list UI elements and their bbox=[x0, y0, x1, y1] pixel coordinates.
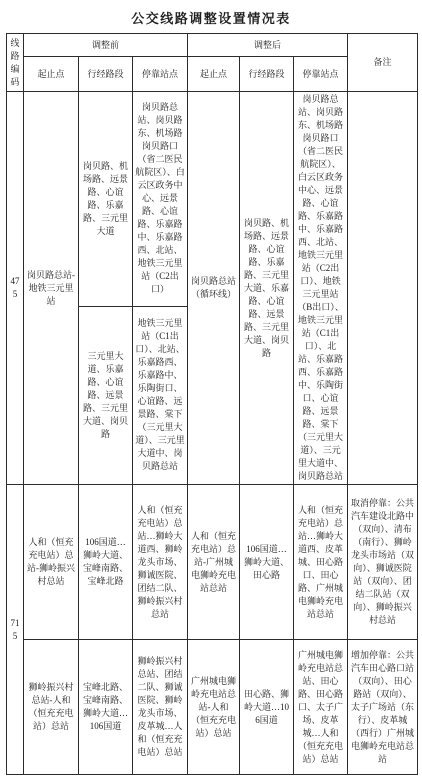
cell-715-before-trip2-route: 宝峰北路、宝峰南路、狮岭大道…106国道 bbox=[79, 640, 133, 775]
cell-715-after-trip1-route: 106国道…狮岭大道、田心路 bbox=[240, 485, 294, 640]
page-title: 公交线路调整设置情况表 bbox=[0, 0, 422, 33]
row-715-trip2: 狮岭振兴村总站-人和（恒充充电站）总站 宝峰北路、宝峰南路、狮岭大道…106国道… bbox=[7, 640, 418, 775]
header-after-stops: 停靠站点 bbox=[294, 57, 348, 92]
cell-475-after-route: 岗贝路、机场路、远景路、心谊路、乐嘉路、三元里大道、乐嘉路、心谊路、远景路、三元… bbox=[240, 92, 294, 485]
cell-475-before-trip1-route: 岗贝路、机场路、远景路、心谊路、乐嘉路、三元里大道 bbox=[79, 92, 133, 307]
row-715-trip1: 715 人和（恒充充电站）总站-狮岭振兴村总站 106国道…狮岭大道、宝峰南路、… bbox=[7, 485, 418, 640]
cell-715-before-trip2-start-end: 狮岭振兴村总站-人和（恒充充电站）总站 bbox=[24, 640, 79, 775]
cell-715-before-trip1-start-end: 人和（恒充充电站）总站-狮岭振兴村总站 bbox=[24, 485, 79, 640]
bus-route-adjustment-table: 线路编码 调整前 调整后 备注 起止点 行经路段 停靠站点 起止点 行经路段 停… bbox=[6, 33, 418, 775]
cell-475-before-start-end: 岗贝路总站-地铁三元里站 bbox=[24, 92, 79, 485]
header-after-start-end: 起止点 bbox=[188, 57, 240, 92]
cell-475-remark bbox=[348, 92, 418, 485]
header-before-stops: 停靠站点 bbox=[133, 57, 188, 92]
header-before-group: 调整前 bbox=[24, 34, 188, 57]
cell-715-after-trip2-start-end: 广州城电狮岭充电站总站-人和（恒充充电站）总站 bbox=[188, 640, 240, 775]
cell-715-code: 715 bbox=[7, 485, 24, 775]
cell-715-trip1-remark: 取消停靠：公共汽车建设北路中（双向）、清布（南行）、狮岭龙头市场站（双向）、狮诚… bbox=[348, 485, 418, 640]
header-remark: 备注 bbox=[348, 34, 418, 92]
cell-715-before-trip1-stops: 人和（恒充充电站）总站…狮岭大道西、狮岭龙头市场、狮诚医院、团结二队、狮岭振兴村… bbox=[133, 485, 188, 640]
cell-475-before-trip2-stops: 地铁三元里站（C1出口）、北站、乐嘉路西、乐嘉路中、乐陶街口、心谊路、远景路、棠… bbox=[133, 306, 188, 484]
cell-715-after-trip1-stops: 人和（恒充充电站）总站…狮岭大道西、皮革城、田心路口、田心路、广州城电狮岭充电站… bbox=[294, 485, 348, 640]
row-475-trip1: 475 岗贝路总站-地铁三元里站 岗贝路、机场路、远景路、心谊路、乐嘉路、三元里… bbox=[7, 92, 418, 307]
header-route-code: 线路编码 bbox=[7, 34, 24, 92]
header-after-route: 行经路段 bbox=[240, 57, 294, 92]
cell-475-after-stops: 岗贝路总站、岗贝路东、机场路岗贝路口（省二医民航院区）、白云区政务中心、远景路、… bbox=[294, 92, 348, 485]
cell-715-after-trip2-route: 田心路、狮岭大道…106国道 bbox=[240, 640, 294, 775]
header-before-start-end: 起止点 bbox=[24, 57, 79, 92]
cell-715-before-trip1-route: 106国道…狮岭大道、宝峰南路、宝峰北路 bbox=[79, 485, 133, 640]
cell-475-before-trip1-stops: 岗贝路总站、岗贝路东、机场路岗贝路口（省二医民航院区）、白云区政务中心、远景路、… bbox=[133, 92, 188, 307]
header-after-group: 调整后 bbox=[188, 34, 348, 57]
cell-715-after-trip1-start-end: 人和（恒充充电站）总站-广州城电狮岭充电站总站 bbox=[188, 485, 240, 640]
header-row-groups: 线路编码 调整前 调整后 备注 bbox=[7, 34, 418, 57]
cell-715-before-trip2-stops: 狮岭振兴村总站、团结二队、狮诚医院、狮岭龙头市场、皮革城…人和（恒充充电站）总站 bbox=[133, 640, 188, 775]
cell-715-trip2-remark: 增加停靠：公共汽车田心路口站（双向）、田心路站（双向）、太子广场站（东行）、皮革… bbox=[348, 640, 418, 775]
cell-715-after-trip2-stops: 广州城电狮岭充电站总站、田心路、田心路口、太子广场、皮革城…人和（恒充充电站）总… bbox=[294, 640, 348, 775]
cell-475-after-start-end: 岗贝路总站（循环线） bbox=[188, 92, 240, 485]
header-before-route: 行经路段 bbox=[79, 57, 133, 92]
cell-475-code: 475 bbox=[7, 92, 24, 485]
cell-475-before-trip2-route: 三元里大道、乐嘉路、心谊路、远景路、三元里大道、岗贝路 bbox=[79, 306, 133, 484]
